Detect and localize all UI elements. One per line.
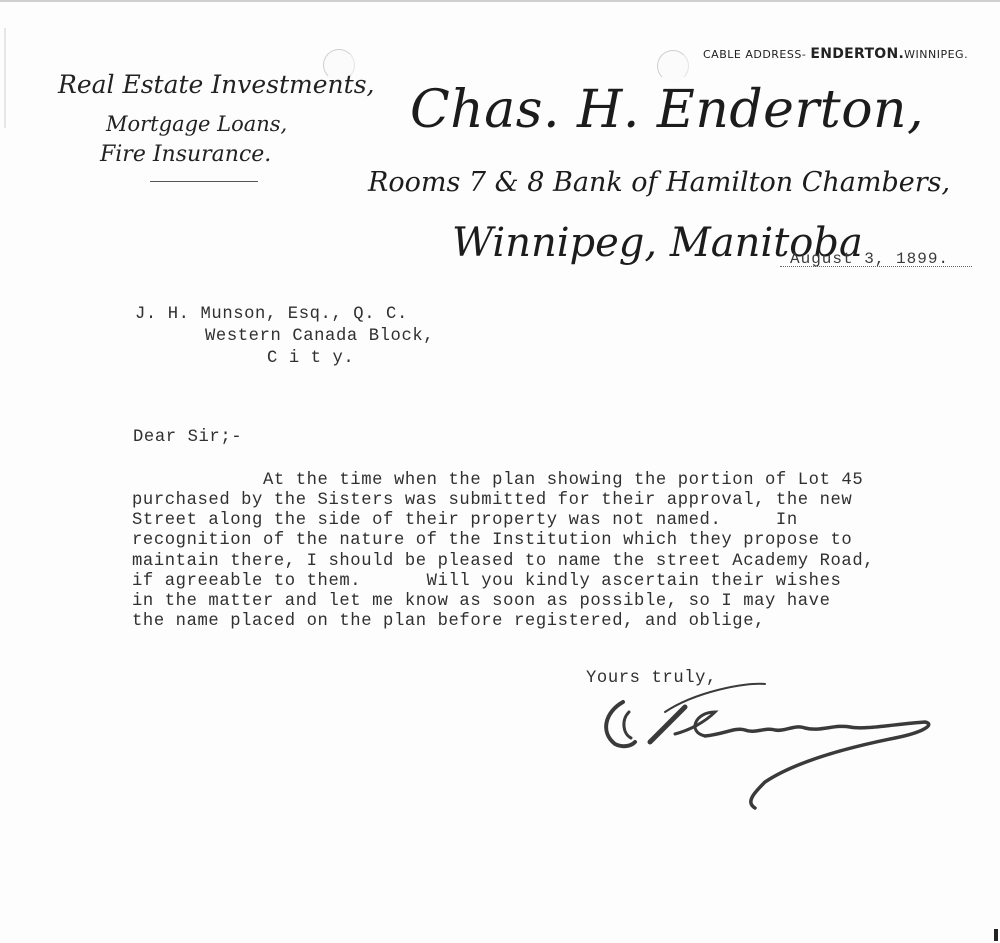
body-line: in the matter and let me know as soon as… bbox=[132, 592, 831, 613]
letter-date: August 3, 1899. bbox=[790, 250, 949, 268]
body-line: purchased by the Sisters was submitted f… bbox=[132, 491, 852, 512]
signature-icon bbox=[595, 672, 945, 822]
body-line: recognition of the nature of the Institu… bbox=[132, 531, 852, 552]
company-name: Chas. H. Enderton, bbox=[410, 80, 924, 140]
cable-city: WINNIPEG. bbox=[904, 48, 968, 61]
company-address: Rooms 7 & 8 Bank of Hamilton Chambers, bbox=[368, 167, 950, 198]
recipient-name: J. H. Munson, Esq., Q. C. bbox=[135, 305, 408, 324]
scan-corner-mark bbox=[994, 929, 998, 941]
body-line: At the time when the plan showing the po… bbox=[132, 471, 863, 492]
service-real-estate: Real Estate Investments, bbox=[58, 70, 374, 99]
letter-page: Real Estate Investments, Mortgage Loans,… bbox=[0, 0, 1000, 943]
scan-edge-mark bbox=[4, 28, 6, 128]
letterhead-rule bbox=[150, 181, 258, 182]
body-line: maintain there, I should be pleased to n… bbox=[132, 552, 874, 573]
cable-prefix: CABLE ADDRESS- bbox=[703, 48, 806, 61]
cable-address: CABLE ADDRESS- ENDERTON.WINNIPEG. bbox=[703, 46, 968, 62]
salutation: Dear Sir;- bbox=[133, 428, 242, 447]
body-line: if agreeable to them. Will you kindly as… bbox=[132, 572, 841, 593]
recipient-address: Western Canada Block, bbox=[205, 327, 434, 346]
body-line: Street along the side of their property … bbox=[132, 511, 798, 532]
cable-name: ENDERTON. bbox=[810, 46, 904, 62]
punch-hole-icon bbox=[657, 50, 689, 82]
recipient-city: C i t y. bbox=[267, 349, 354, 368]
service-fire-insurance: Fire Insurance. bbox=[100, 142, 271, 167]
service-mortgage-loans: Mortgage Loans, bbox=[106, 112, 287, 136]
body-line: the name placed on the plan before regis… bbox=[132, 612, 765, 633]
